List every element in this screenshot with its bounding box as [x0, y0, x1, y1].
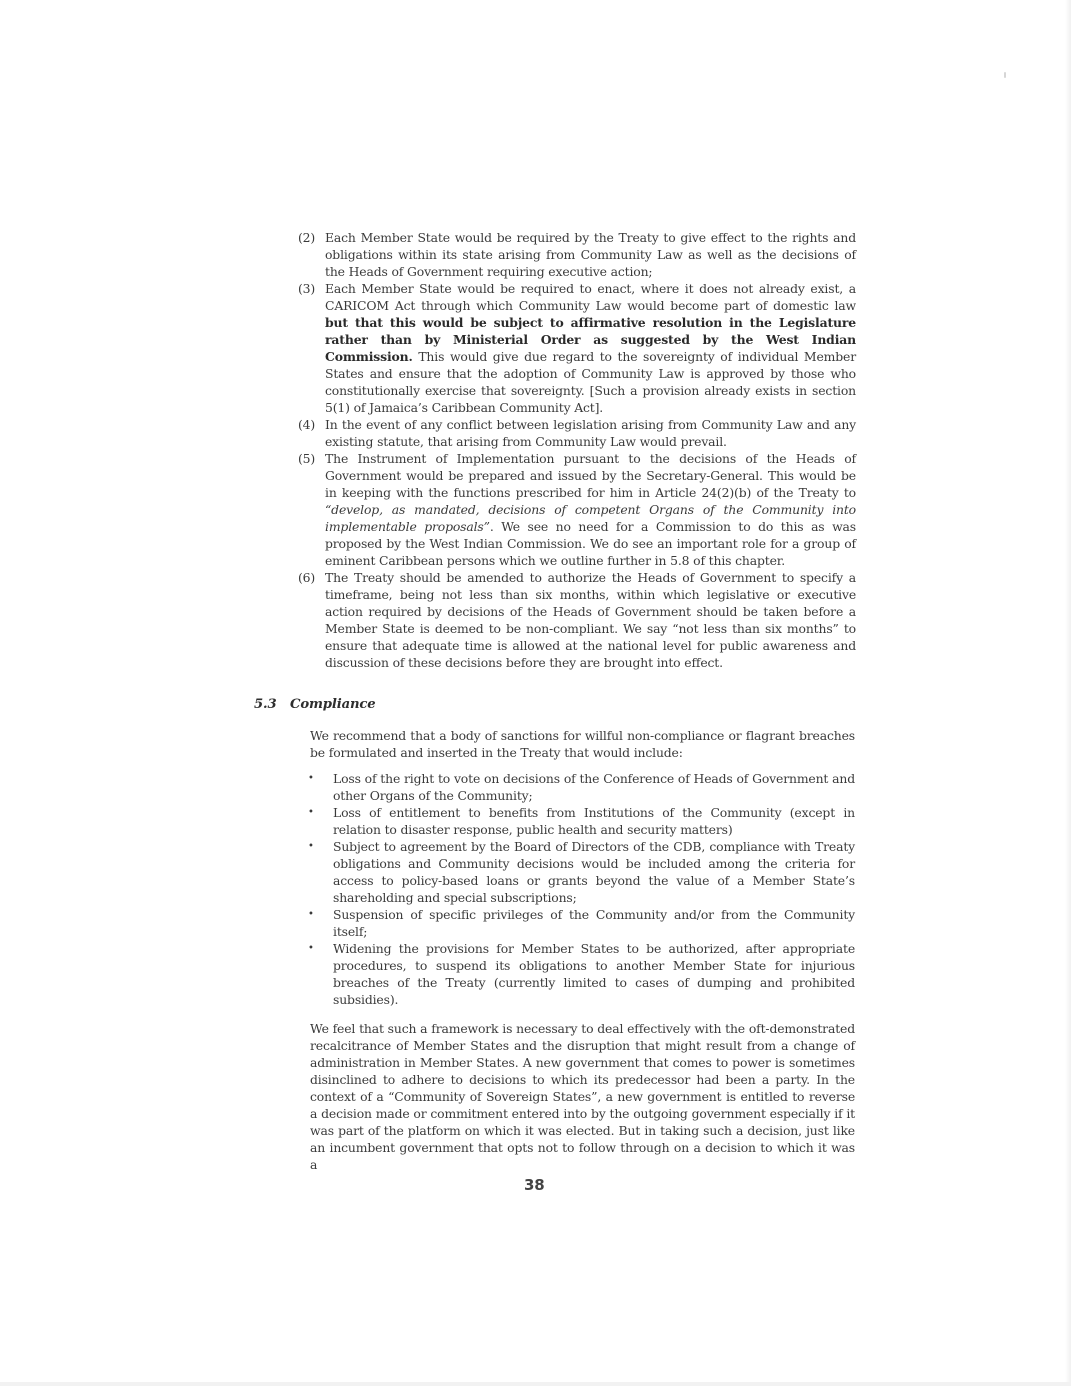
item-text: Each Member State would be required to e… — [325, 281, 856, 313]
item-text: The Treaty should be amended to authoriz… — [325, 570, 856, 670]
numbered-item-3: (3) Each Member State would be required … — [298, 280, 856, 416]
bullet-icon: • — [308, 940, 314, 957]
item-text: The Instrument of Implementation pursuan… — [325, 451, 856, 500]
item-number: (4) — [298, 416, 315, 433]
page-number: 38 — [524, 1177, 545, 1194]
bullet-text: Subject to agreement by the Board of Dir… — [333, 839, 855, 905]
scan-artifact — [1004, 72, 1006, 78]
sanctions-bullet-list: • Loss of the right to vote on decisions… — [306, 770, 855, 1008]
bullet-item: • Loss of the right to vote on decisions… — [306, 770, 855, 804]
item-number: (5) — [298, 450, 315, 467]
bullet-icon: • — [308, 804, 314, 821]
numbered-item-5: (5) The Instrument of Implementation pur… — [298, 450, 856, 569]
bullet-text: Loss of the right to vote on decisions o… — [333, 771, 855, 803]
item-number: (3) — [298, 280, 315, 297]
numbered-item-4: (4) In the event of any conflict between… — [298, 416, 856, 450]
bullet-item: • Loss of entitlement to benefits from I… — [306, 804, 855, 838]
numbered-recommendations-list: (2) Each Member State would be required … — [298, 229, 856, 671]
bullet-icon: • — [308, 838, 314, 855]
section-number: 5.3 — [254, 696, 290, 713]
bullet-text: Widening the provisions for Member State… — [333, 941, 855, 1007]
item-text: In the event of any conflict between leg… — [325, 417, 856, 449]
item-number: (2) — [298, 229, 315, 246]
bullet-item: • Widening the provisions for Member Sta… — [306, 940, 855, 1008]
section-title: Compliance — [290, 697, 376, 712]
section-heading: 5.3Compliance — [254, 696, 376, 713]
bullet-text: Loss of entitlement to benefits from Ins… — [333, 805, 855, 837]
bullet-item: • Subject to agreement by the Board of D… — [306, 838, 855, 906]
bullet-item: • Suspension of specific privileges of t… — [306, 906, 855, 940]
item-text: Each Member State would be required by t… — [325, 230, 856, 279]
item-number: (6) — [298, 569, 315, 586]
numbered-item-2: (2) Each Member State would be required … — [298, 229, 856, 280]
bullet-icon: • — [308, 906, 314, 923]
section-intro-paragraph: We recommend that a body of sanctions fo… — [310, 727, 855, 761]
bullet-text: Suspension of specific privileges of the… — [333, 907, 855, 939]
numbered-item-6: (6) The Treaty should be amended to auth… — [298, 569, 856, 671]
closing-paragraph: We feel that such a framework is necessa… — [310, 1020, 855, 1173]
page-edge-shadow — [1065, 0, 1071, 1386]
page-bottom-edge — [0, 1382, 1071, 1386]
bullet-icon: • — [308, 770, 314, 787]
